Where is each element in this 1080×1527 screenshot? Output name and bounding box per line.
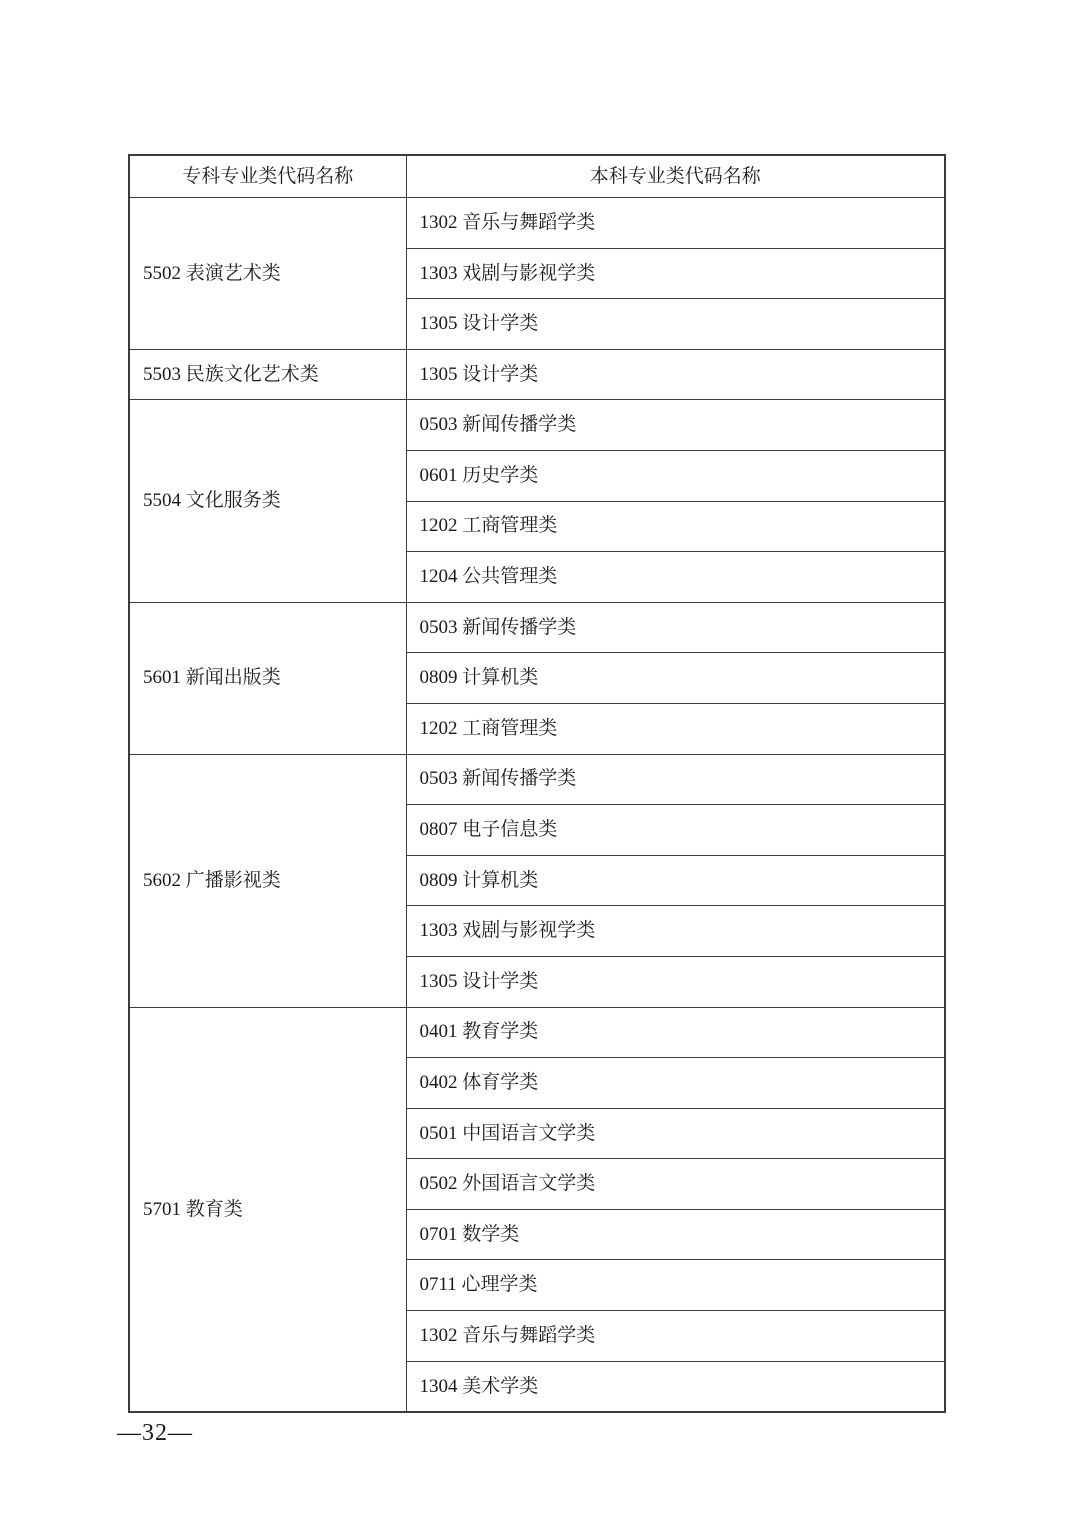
zhuanke-category-cell: 5601 新闻出版类	[129, 602, 406, 754]
benke-category-cell: 1304 美术学类	[406, 1361, 945, 1412]
benke-category-cell: 0601 历史学类	[406, 450, 945, 501]
page-number: —32—	[117, 1420, 193, 1447]
benke-category-cell: 0503 新闻传播学类	[406, 400, 945, 451]
table-row: 5602 广播影视类 0503 新闻传播学类	[129, 754, 945, 805]
benke-category-cell: 0401 教育学类	[406, 1007, 945, 1058]
benke-category-cell: 0807 电子信息类	[406, 805, 945, 856]
benke-category-cell: 1202 工商管理类	[406, 703, 945, 754]
zhuanke-category-cell: 5602 广播影视类	[129, 754, 406, 1007]
benke-category-cell: 1302 音乐与舞蹈学类	[406, 1311, 945, 1362]
benke-category-cell: 0809 计算机类	[406, 653, 945, 704]
zhuanke-category-cell: 5701 教育类	[129, 1007, 406, 1412]
benke-category-cell: 0502 外国语言文学类	[406, 1159, 945, 1210]
benke-category-cell: 1305 设计学类	[406, 349, 945, 400]
table-row: 5503 民族文化艺术类 1305 设计学类	[129, 349, 945, 400]
benke-category-cell: 0809 计算机类	[406, 855, 945, 906]
document-page: 专科专业类代码名称 本科专业类代码名称 5502 表演艺术类 1302 音乐与舞…	[0, 0, 1080, 1527]
benke-category-cell: 1305 设计学类	[406, 299, 945, 350]
benke-category-cell: 1202 工商管理类	[406, 501, 945, 552]
table-row: 5504 文化服务类 0503 新闻传播学类	[129, 400, 945, 451]
table-row: 5701 教育类 0401 教育学类	[129, 1007, 945, 1058]
table-row: 5601 新闻出版类 0503 新闻传播学类	[129, 602, 945, 653]
benke-category-cell: 0503 新闻传播学类	[406, 602, 945, 653]
column-header-zhuanke: 专科专业类代码名称	[129, 155, 406, 198]
table-header-row: 专科专业类代码名称 本科专业类代码名称	[129, 155, 945, 198]
benke-category-cell: 1303 戏剧与影视学类	[406, 906, 945, 957]
benke-category-cell: 1204 公共管理类	[406, 552, 945, 603]
benke-category-cell: 1305 设计学类	[406, 956, 945, 1007]
zhuanke-category-cell: 5504 文化服务类	[129, 400, 406, 602]
benke-category-cell: 0402 体育学类	[406, 1058, 945, 1109]
benke-category-cell: 0503 新闻传播学类	[406, 754, 945, 805]
zhuanke-category-cell: 5502 表演艺术类	[129, 198, 406, 350]
benke-category-cell: 0501 中国语言文学类	[406, 1108, 945, 1159]
benke-category-cell: 1302 音乐与舞蹈学类	[406, 198, 945, 249]
benke-category-cell: 0701 数学类	[406, 1209, 945, 1260]
table-row: 5502 表演艺术类 1302 音乐与舞蹈学类	[129, 198, 945, 249]
benke-category-cell: 1303 戏剧与影视学类	[406, 248, 945, 299]
zhuanke-category-cell: 5503 民族文化艺术类	[129, 349, 406, 400]
benke-category-cell: 0711 心理学类	[406, 1260, 945, 1311]
column-header-benke: 本科专业类代码名称	[406, 155, 945, 198]
major-mapping-table: 专科专业类代码名称 本科专业类代码名称 5502 表演艺术类 1302 音乐与舞…	[128, 154, 946, 1413]
